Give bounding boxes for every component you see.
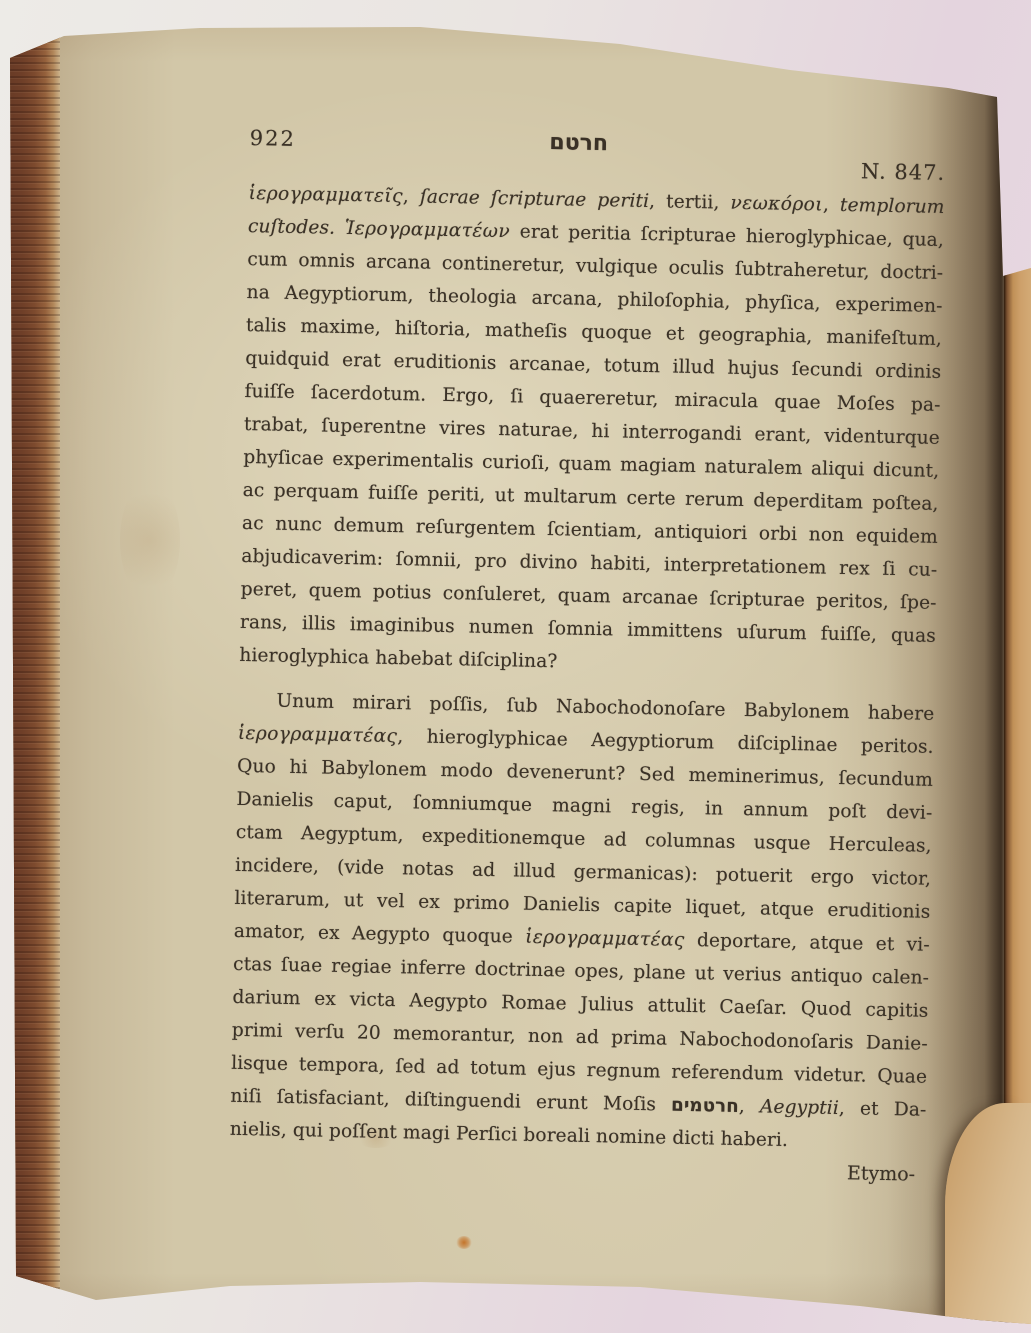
- text-segment-italic: cuſtodes.: [248, 216, 345, 239]
- text-segment-greek: Ἱερογραμματέων: [345, 218, 511, 242]
- text-segment-roman: amator, ex Aegypto quoque: [234, 921, 526, 948]
- text-segment-hebrew: חרטמים: [671, 1095, 739, 1117]
- text-segment-roman: nielis, qui poſſent magi Perſici boreali…: [230, 1119, 789, 1151]
- paper-stain: [120, 480, 180, 600]
- text-segment-italic: Aegyptii: [760, 1096, 839, 1119]
- text-segment-greek: νεωκόροι: [730, 193, 823, 216]
- text-segment-greek: ἱερογραμματέας: [525, 927, 685, 951]
- text-segment-italic: ſacrae ſcripturae periti: [420, 186, 650, 212]
- printed-text-area: 922 חרטם N. 847. ἱερογραμματεῖς, ſacrae …: [229, 126, 946, 1186]
- text-segment-roman: ,: [403, 186, 420, 207]
- section-number: N. 847.: [861, 159, 946, 185]
- text-segment-roman: erat peritia ſcripturae hieroglyphicae, …: [510, 221, 944, 251]
- text-segment-greek: ἱερογραμματεῖς: [248, 183, 403, 207]
- text-segment-roman: ,: [823, 195, 840, 216]
- text-segment-roman: hieroglyphica habebat diſciplina?: [239, 645, 558, 672]
- book-page-photo: 922 חרטם N. 847. ἱερογραμματεῖς, ſacrae …: [0, 0, 1031, 1333]
- page-number: 922: [250, 126, 297, 151]
- text-segment-italic: templorum: [840, 195, 945, 218]
- text-segment-roman: deportare, atque et vi-: [685, 930, 930, 956]
- text-segment-roman: ,: [739, 1096, 761, 1117]
- text-lines: ἱερογραμματεῖς, ſacrae ſcripturae periti…: [230, 177, 945, 1160]
- paper-stain: [456, 1236, 472, 1249]
- text-segment-roman: , et Da-: [839, 1098, 927, 1121]
- text-segment-roman: , tertii,: [649, 191, 731, 214]
- text-segment-roman: niſi ſatisfaciant, diſtinguendi erunt Mo…: [230, 1086, 671, 1116]
- text-segment-greek: ἱερογραμματέας: [238, 723, 398, 747]
- book-fore-edge-stack: [0, 34, 60, 1333]
- text-segment-roman: , hieroglyphicae Aegyptiorum diſciplinae…: [397, 726, 934, 758]
